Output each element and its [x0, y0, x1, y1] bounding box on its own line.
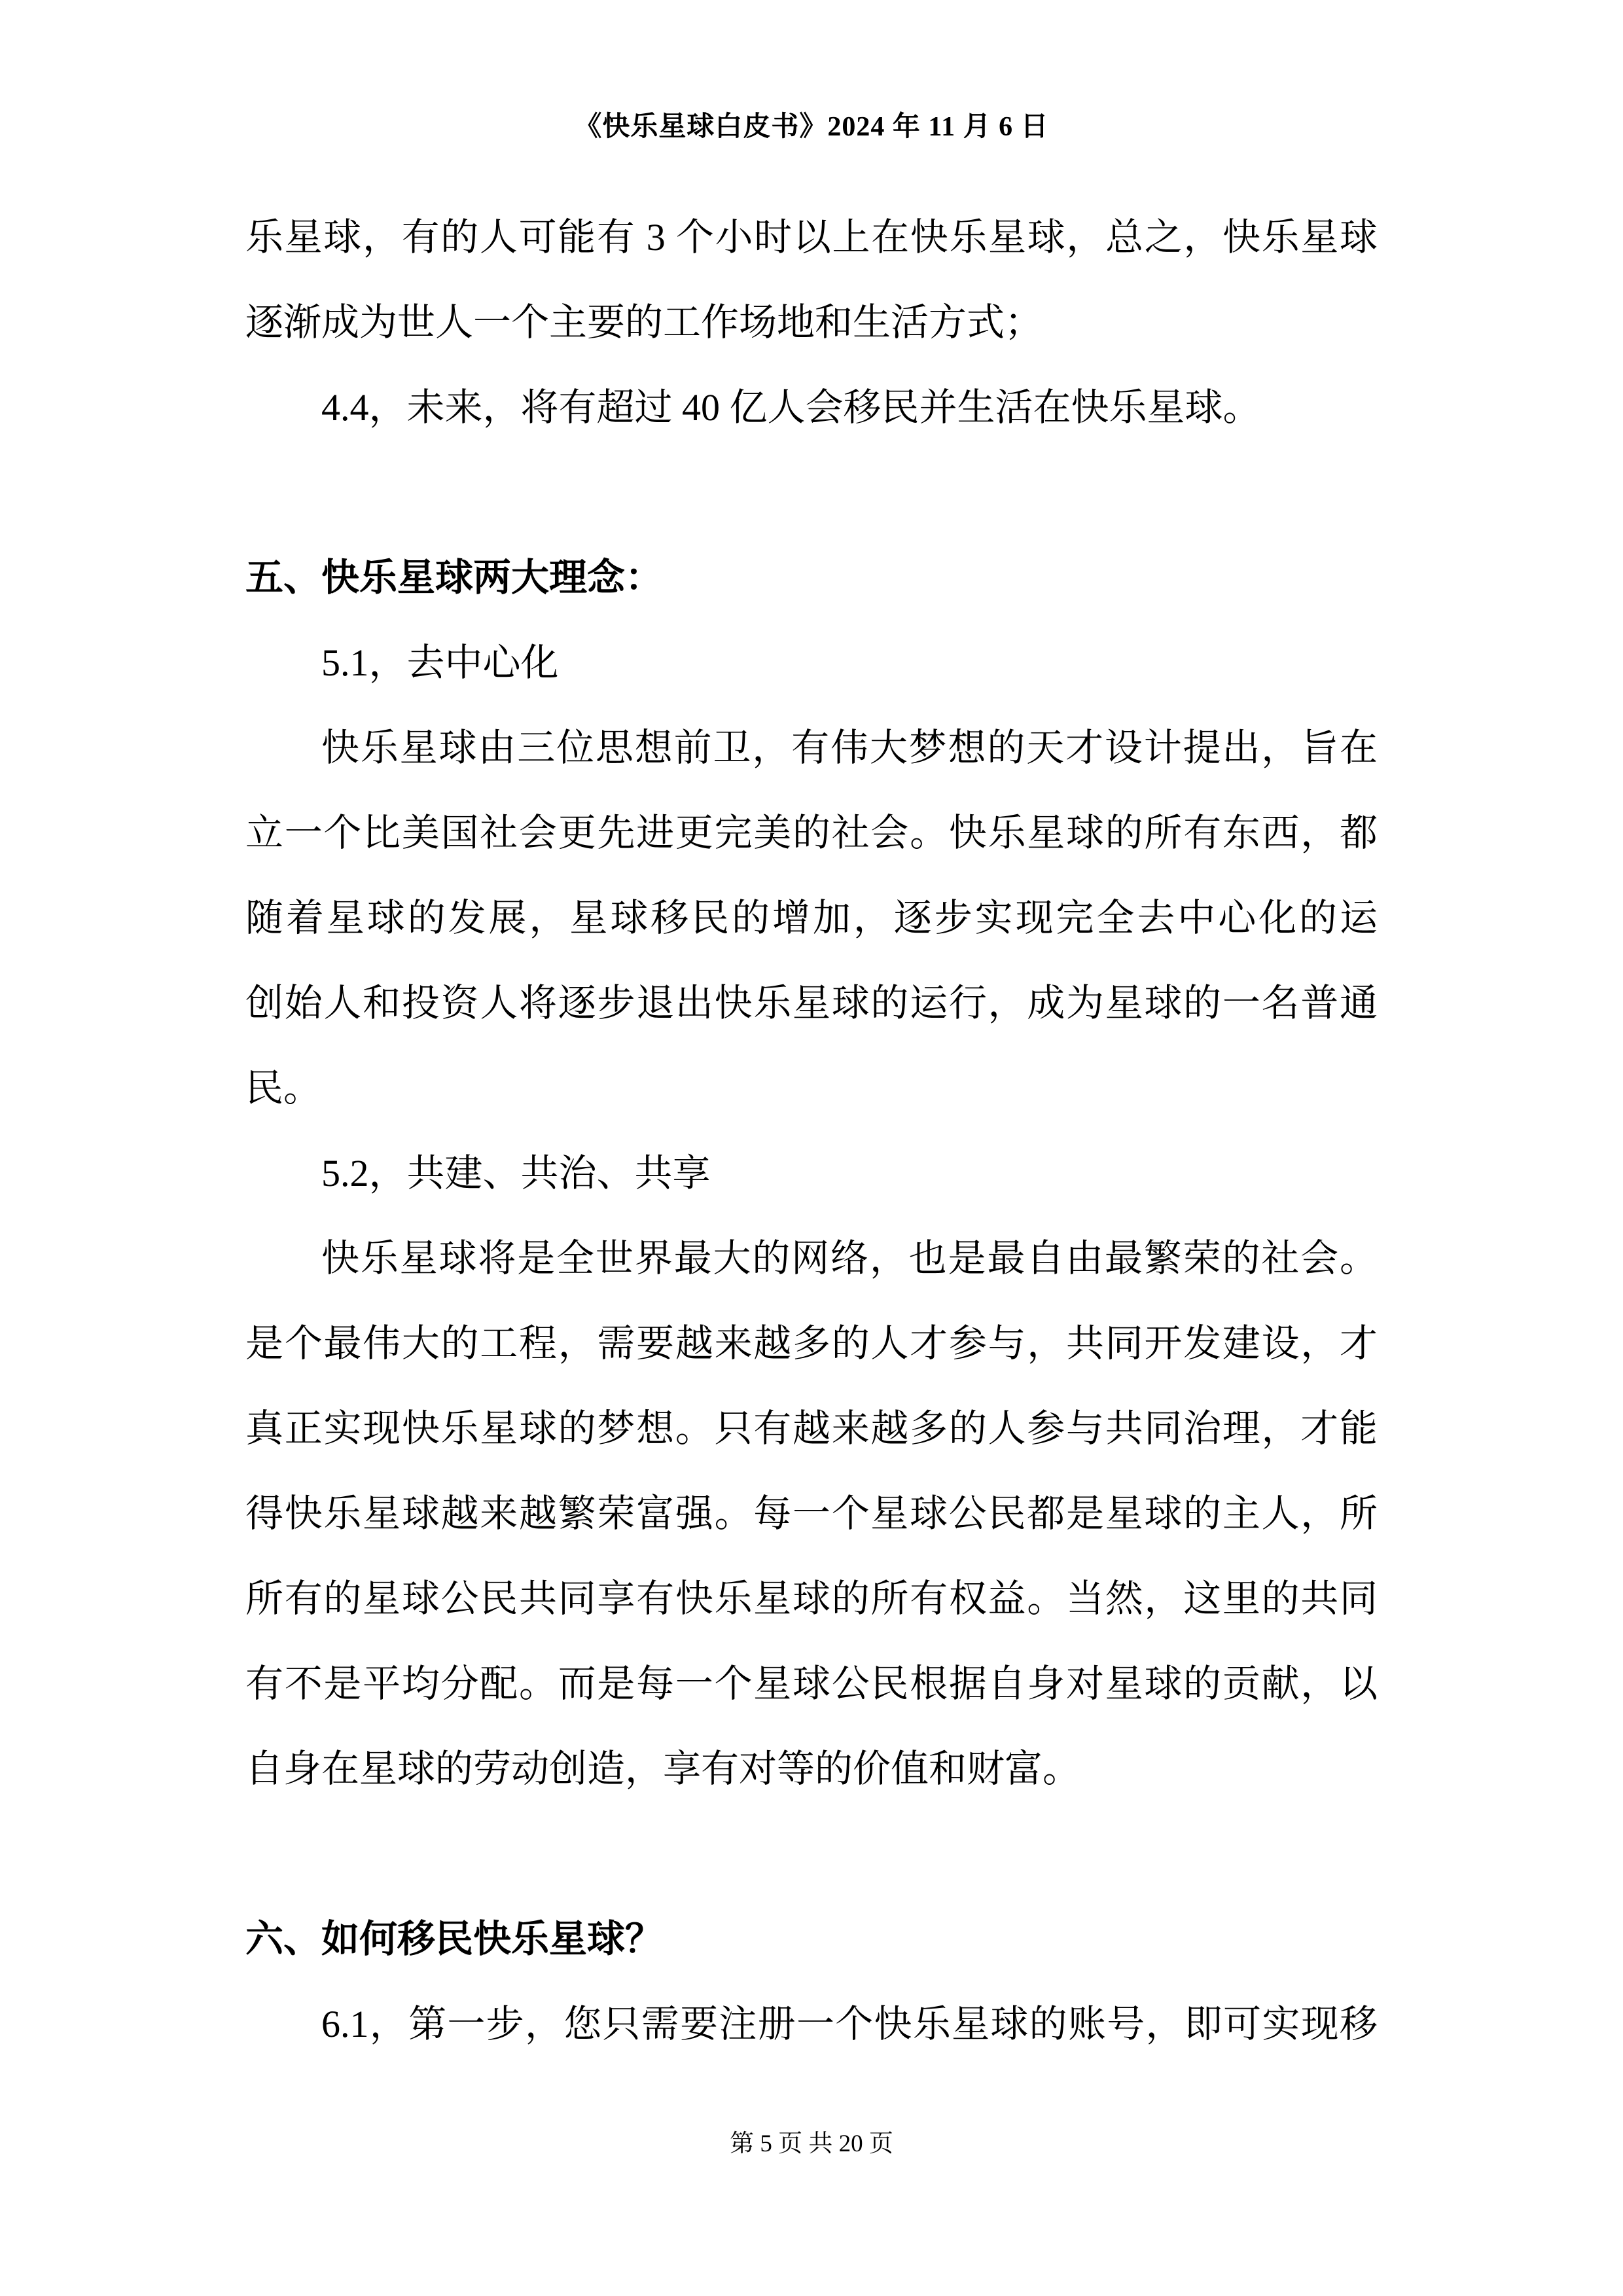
text-line: 所有的星球公民共同享有快乐星球的所有权益。当然，这里的共同享 [245, 1556, 1378, 1641]
text-line: 逐渐成为世人一个主要的工作场地和生活方式； [245, 280, 1378, 365]
text-line: 随着星球的发展，星球移民的增加，逐步实现完全去中心化的运行。 [245, 876, 1378, 961]
text-line: 得快乐星球越来越繁荣富强。每一个星球公民都是星球的主人，所以 [245, 1471, 1378, 1556]
text-line: 乐星球，有的人可能有 3 个小时以上在快乐星球，总之，快乐星球将 [245, 195, 1378, 280]
blank-line [245, 450, 1378, 535]
text-line: 立一个比美国社会更先进更完美的社会。快乐星球的所有东西，都将 [245, 791, 1378, 876]
blank-line [245, 1812, 1378, 1897]
text-line: 是个最伟大的工程，需要越来越多的人才参与，共同开发建设，才能 [245, 1301, 1378, 1386]
text-line: 5.1，去中心化 [245, 620, 1378, 706]
text-line: 有不是平均分配。而是每一个星球公民根据自身对星球的贡献，以及 [245, 1641, 1378, 1727]
text-line: 5.2，共建、共治、共享 [245, 1131, 1378, 1216]
text-line: 自身在星球的劳动创造，享有对等的价值和财富。 [245, 1727, 1378, 1812]
section-heading: 五、快乐星球两大理念： [245, 535, 1378, 620]
document-lines: 乐星球，有的人可能有 3 个小时以上在快乐星球，总之，快乐星球将逐渐成为世人一个… [245, 195, 1378, 2067]
text-line: 4.4，未来，将有超过 40 亿人会移民并生活在快乐星球。 [245, 365, 1378, 450]
section-heading: 六、如何移民快乐星球？ [245, 1897, 1378, 1982]
text-line: 真正实现快乐星球的梦想。只有越来越多的人参与共同治理，才能使 [245, 1386, 1378, 1471]
text-line: 创始人和投资人将逐步退出快乐星球的运行，成为星球的一名普通公 [245, 961, 1378, 1046]
text-line: 民。 [245, 1046, 1378, 1131]
document-page: 《快乐星球白皮书》2024 年 11 月 6 日 乐星球，有的人可能有 3 个小… [0, 0, 1623, 2296]
text-line: 6.1，第一步，您只需要注册一个快乐星球的账号，即可实现移 [245, 1982, 1378, 2067]
page-footer: 第 5 页 共 20 页 [0, 2128, 1623, 2160]
page-header: 《快乐星球白皮书》2024 年 11 月 6 日 [0, 110, 1623, 144]
text-line: 快乐星球由三位思想前卫，有伟大梦想的天才设计提出，旨在建 [245, 706, 1378, 791]
text-line: 快乐星球将是全世界最大的网络，也是最自由最繁荣的社会。这 [245, 1216, 1378, 1301]
